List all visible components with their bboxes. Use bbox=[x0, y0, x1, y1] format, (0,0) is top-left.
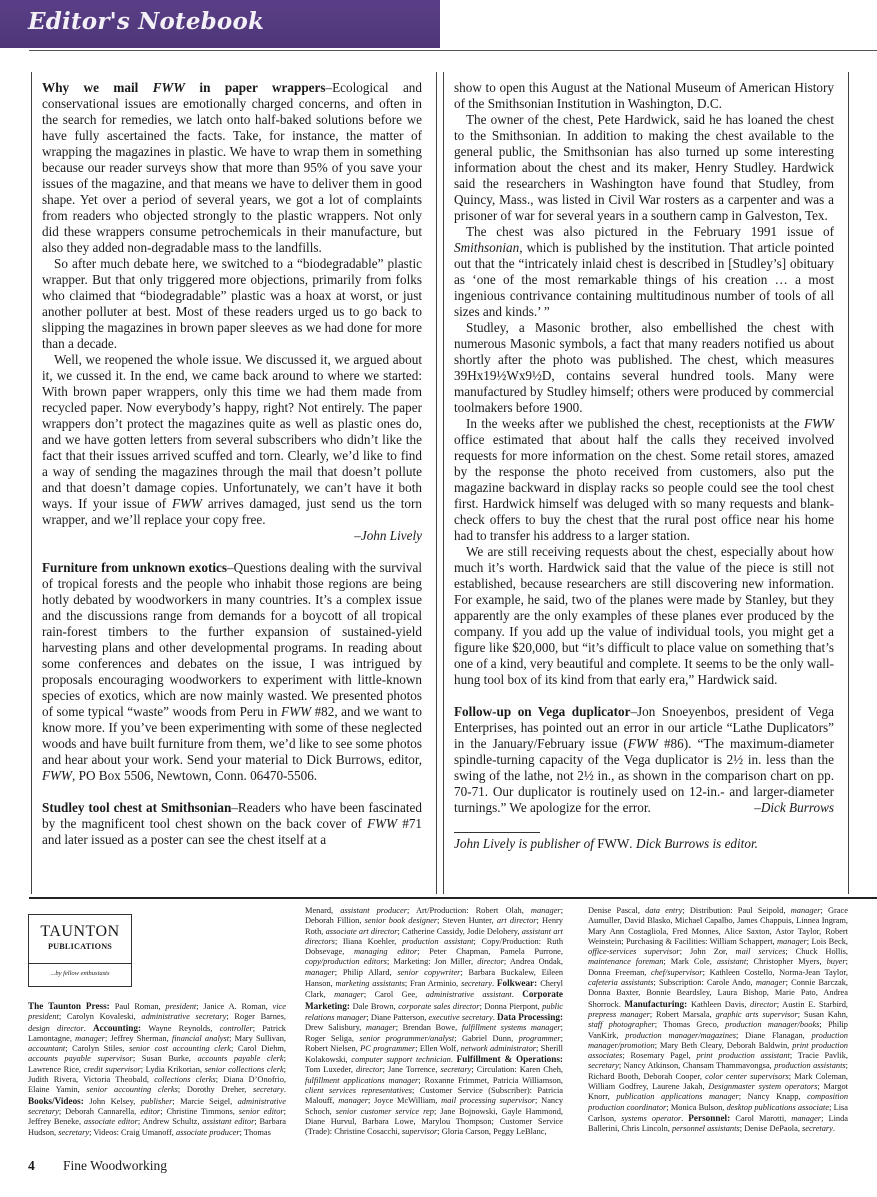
staff-names: ; Marcie Seigel, bbox=[172, 1097, 237, 1106]
job-title: production manager/books bbox=[725, 1020, 819, 1029]
staff-names: ; Mark Cole, bbox=[663, 957, 716, 966]
job-title: director bbox=[356, 1065, 383, 1074]
staff-names: ; Jeffrey Sherman, bbox=[105, 1034, 172, 1043]
job-title: manager bbox=[791, 1114, 821, 1123]
job-title: supervisor bbox=[402, 1127, 437, 1136]
staff-names: ; Andrew Schultz, bbox=[138, 1117, 202, 1126]
job-title: accountant bbox=[28, 1044, 65, 1053]
staff-names: Menard, bbox=[305, 906, 340, 915]
staff-names: ; Susan Burke, bbox=[133, 1054, 198, 1063]
staff-names: ; Carolyn Stiles, bbox=[65, 1044, 129, 1053]
staff-names: ; Roger Barnes, bbox=[226, 1012, 286, 1021]
staff-names: ; Lydia Krikorian, bbox=[141, 1065, 205, 1074]
author-signature: –John Lively bbox=[42, 528, 422, 544]
job-title: executive secretary bbox=[429, 1013, 493, 1022]
article-column-left: Why we mail FWW in paper wrappers–Ecolog… bbox=[31, 72, 437, 894]
staff-names: ; Austin E. Starbird, bbox=[777, 1000, 848, 1009]
job-title: manager bbox=[756, 978, 786, 987]
staff-names: ; Dorothy Dreher, bbox=[178, 1085, 253, 1094]
staff-names: ; Diane Patterson, bbox=[366, 1013, 428, 1022]
staff-names: ; Thomas Greco, bbox=[655, 1020, 725, 1029]
department-heading: Accounting: bbox=[93, 1023, 148, 1033]
job-title: senior cost accounting clerk bbox=[129, 1044, 231, 1053]
masthead-column-3: Denise Pascal, data entry; Distribution:… bbox=[588, 906, 848, 1135]
job-title: senior accounting clerks bbox=[86, 1085, 177, 1094]
job-title: publication applications manager bbox=[616, 1092, 738, 1101]
staff-names: ; Fran Arminio, bbox=[405, 979, 461, 988]
section-title: Editor's Notebook bbox=[28, 8, 264, 35]
staff-names: ; Gloria Carson, Peggy LeBlanc, bbox=[437, 1127, 546, 1136]
staff-names: ; Janice A. Roman, bbox=[196, 1002, 272, 1011]
staff-names: ; Roxanne Frimmet, Patricia Williamson, bbox=[418, 1076, 563, 1085]
staff-names: Denise Pascal, bbox=[588, 906, 645, 915]
staff-names: ; Philip Allard, bbox=[335, 968, 398, 977]
staff-names: Drew Salisbury, bbox=[305, 1023, 366, 1032]
staff-names: ; Carol Diehm, bbox=[231, 1044, 286, 1053]
department-heading: Personnel: bbox=[688, 1113, 735, 1123]
job-title: secretary bbox=[802, 1124, 833, 1133]
job-title: editor bbox=[140, 1107, 160, 1116]
staff-names: ; Nancy Knapp, bbox=[739, 1092, 807, 1101]
page-footer: 4Fine Woodworking bbox=[28, 1158, 167, 1174]
job-title: financial analyst bbox=[172, 1034, 229, 1043]
staff-names: ; Distribution: Paul Seipold, bbox=[682, 906, 790, 915]
staff-names: ; Brendan Bowe, bbox=[396, 1023, 462, 1032]
job-title: controller bbox=[220, 1024, 253, 1033]
job-title: staff photographer bbox=[588, 1020, 655, 1029]
job-title: corporate sales director bbox=[398, 1002, 479, 1011]
staff-names: ; Carolyn Kovaleski, bbox=[59, 1012, 142, 1021]
job-title: prepress manager bbox=[588, 1010, 650, 1019]
job-title: cafeteria assistants bbox=[588, 978, 654, 987]
job-title: assistant producer bbox=[340, 906, 407, 915]
staff-names: ; Joyce McWilliam, bbox=[368, 1096, 441, 1105]
job-title: computer support technician bbox=[351, 1055, 451, 1064]
paragraph: Studley, a Masonic brother, also embelli… bbox=[454, 320, 834, 416]
job-title: senior book designer bbox=[365, 916, 437, 925]
section-heading: Follow-up on Vega duplicator bbox=[454, 704, 630, 719]
job-title: production assistant bbox=[402, 937, 473, 946]
job-title: copy/production editors bbox=[305, 957, 387, 966]
staff-names: ; Jane Torrence, bbox=[383, 1065, 441, 1074]
department-heading: Data Processing: bbox=[497, 1012, 563, 1022]
taunton-logo: TAUNTON PUBLICATIONS ...by fellow enthus… bbox=[28, 914, 132, 987]
job-title: managing editor bbox=[354, 947, 417, 956]
department-heading: Manufacturing: bbox=[624, 999, 691, 1009]
page-number: 4 bbox=[28, 1158, 63, 1174]
paragraph: In the weeks after we published the ches… bbox=[454, 416, 834, 544]
staff-names: ; Art/Production: Robert Olah, bbox=[407, 906, 531, 915]
section-heading: Why we mail FWW in paper wrappers bbox=[42, 80, 326, 95]
staff-names: ; Gabriel Dunn, bbox=[454, 1034, 518, 1043]
staff-names: Wayne Reynolds, bbox=[148, 1024, 219, 1033]
job-title: systems operator bbox=[621, 1114, 681, 1123]
job-title: senior programmer/analyst bbox=[359, 1034, 454, 1043]
section-banner: Editor's Notebook bbox=[0, 0, 440, 48]
staff-names: ; Christopher Myers, bbox=[746, 957, 826, 966]
job-title: color center supervisors bbox=[705, 1072, 789, 1081]
staff-names: . bbox=[284, 1085, 286, 1094]
paragraph-continued: show to open this August at the National… bbox=[454, 80, 834, 112]
job-title: Designmaster system operators bbox=[708, 1082, 817, 1091]
job-title: manager bbox=[334, 990, 364, 999]
job-title: accounts payable supervisor bbox=[28, 1054, 133, 1063]
staff-names: Carol Marotti, bbox=[735, 1114, 791, 1123]
staff-names: . bbox=[833, 1124, 835, 1133]
staff-names: ; Mary Beth Cleary, Deborah Baldwin, bbox=[655, 1041, 793, 1050]
staff-names: Tom Luxeder, bbox=[305, 1065, 356, 1074]
job-title: client services representatives bbox=[305, 1086, 412, 1095]
masthead-divider bbox=[29, 897, 877, 899]
job-title: production manager/magazines bbox=[625, 1031, 736, 1040]
staff-names: ; Christine Timmons, bbox=[160, 1107, 239, 1116]
staff-names: ; Robert Marsala, bbox=[650, 1010, 716, 1019]
job-title: buyer bbox=[827, 957, 846, 966]
section-heading: Studley tool chest at Smithsonian bbox=[42, 800, 231, 815]
job-title: chef/supervisor bbox=[651, 968, 703, 977]
staff-names: ; Circulation: Karen Cheh, bbox=[471, 1065, 563, 1074]
logo-wordmark: TAUNTON bbox=[29, 924, 131, 940]
publication-name: Fine Woodworking bbox=[63, 1158, 167, 1173]
job-title: mail processing supervisor bbox=[441, 1096, 535, 1105]
paragraph: We are still receiving requests about th… bbox=[454, 544, 834, 688]
staff-names: John Kelsey, bbox=[89, 1097, 140, 1106]
staff-names: ; Deborah Cannarella, bbox=[59, 1107, 140, 1116]
job-title: manager bbox=[75, 1034, 105, 1043]
article-section-exotics: Furniture from unknown exotics–Questions… bbox=[42, 560, 422, 784]
logo-subtitle: PUBLICATIONS bbox=[29, 942, 131, 951]
staff-names: ; Steven Hunter, bbox=[437, 916, 497, 925]
job-title: production assistants bbox=[774, 1061, 845, 1070]
job-title: secretary bbox=[588, 1061, 619, 1070]
job-title: associate producer bbox=[176, 1128, 240, 1137]
job-title: secretary bbox=[253, 1085, 284, 1094]
department-heading: Fulfillment & Operations: bbox=[457, 1054, 563, 1064]
staff-names: ; Peter Chapman, Pamela Purrone, bbox=[417, 947, 563, 956]
staff-names: ; Thomas bbox=[240, 1128, 271, 1137]
job-title: network administrator bbox=[461, 1044, 536, 1053]
paragraph: So after much debate here, we switched t… bbox=[42, 256, 422, 352]
job-title: administrative secretary bbox=[141, 1012, 226, 1021]
job-title: senior customer service rep bbox=[336, 1107, 434, 1116]
job-title: print production assistant bbox=[696, 1051, 789, 1060]
staff-names: ; Diane Flanagan, bbox=[736, 1031, 812, 1040]
job-title: maintenance foreman bbox=[588, 957, 663, 966]
paragraph: Studley tool chest at Smithsonian–Reader… bbox=[42, 800, 422, 848]
masthead-column-1: The Taunton Press: Paul Roman, president… bbox=[28, 1001, 286, 1138]
job-title: manager bbox=[777, 937, 807, 946]
job-title: manager bbox=[531, 906, 561, 915]
job-title: manager bbox=[338, 1096, 368, 1105]
job-title: art director bbox=[497, 916, 537, 925]
article-column-right: show to open this August at the National… bbox=[443, 72, 849, 894]
staff-names: . bbox=[512, 990, 523, 999]
job-title: collections clerks bbox=[154, 1075, 216, 1084]
job-title: president bbox=[165, 1002, 196, 1011]
staff-names: ; Ellen Wolf, bbox=[415, 1044, 460, 1053]
job-title: desktop publications associate bbox=[727, 1103, 830, 1112]
job-title: associate art director bbox=[326, 927, 398, 936]
department-heading: Folkwear: bbox=[497, 978, 540, 988]
job-title: graphic arts supervisor bbox=[716, 1010, 798, 1019]
section-heading: Furniture from unknown exotics bbox=[42, 560, 227, 575]
job-title: associate editor bbox=[84, 1117, 138, 1126]
staff-names: ; John Zor, bbox=[680, 947, 736, 956]
staff-names: . bbox=[84, 1024, 93, 1033]
staff-names: ; Subscription: Carole Ando, bbox=[654, 978, 756, 987]
job-title: administrative assistant bbox=[426, 990, 512, 999]
staff-names: ; Monica Bulson, bbox=[666, 1103, 726, 1112]
footnote-divider bbox=[454, 832, 540, 833]
department-heading: The Taunton Press: bbox=[28, 1001, 115, 1011]
article-section-vega: Follow-up on Vega duplicator–Jon Snoeyen… bbox=[454, 704, 834, 816]
job-title: secretary bbox=[461, 979, 492, 988]
job-title: fulfillment applications manager bbox=[305, 1076, 418, 1085]
article-section-paper-wrappers: Why we mail FWW in paper wrappers–Ecolog… bbox=[42, 80, 422, 544]
article-section-studley-start: Studley tool chest at Smithsonian–Reader… bbox=[42, 800, 422, 848]
job-title: PC programmer bbox=[360, 1044, 415, 1053]
staff-names: ; Mary Sullivan, bbox=[229, 1034, 286, 1043]
staff-names: ; Carol Gee, bbox=[364, 990, 426, 999]
staff-names: ; Videos: Craig Umanoff, bbox=[89, 1128, 176, 1137]
staff-names: ; Kathleen Costello, Norma-Jean Taylor, bbox=[703, 968, 848, 977]
paragraph: The owner of the chest, Pete Hardwick, s… bbox=[454, 112, 834, 224]
job-title: fulfillment systems manager bbox=[462, 1023, 561, 1032]
staff-names: Kathleen Davis, bbox=[691, 1000, 750, 1009]
job-title: marketing assistants bbox=[336, 979, 405, 988]
job-title: assistant bbox=[717, 957, 746, 966]
job-title: publisher bbox=[141, 1097, 173, 1106]
staff-names: ; Catherine Cassidy, Jodie Delohery, bbox=[398, 927, 522, 936]
job-title: senior collections clerk bbox=[205, 1065, 284, 1074]
job-title: mail services bbox=[736, 947, 786, 956]
job-title: credit supervisor bbox=[84, 1065, 141, 1074]
paragraph: Why we mail FWW in paper wrappers–Ecolog… bbox=[42, 80, 422, 256]
masthead-column-2: Menard, assistant producer; Art/Producti… bbox=[305, 906, 563, 1138]
staff-names: ; Rosemary Pagel, bbox=[622, 1051, 696, 1060]
author-footnote: John Lively is publisher of FWW. Dick Bu… bbox=[454, 836, 834, 852]
paragraph: Furniture from unknown exotics–Questions… bbox=[42, 560, 422, 784]
staff-names: Dale Brown, bbox=[353, 1002, 399, 1011]
job-title: senior copywriter bbox=[397, 968, 460, 977]
staff-names: ; Lois Beck, bbox=[807, 937, 848, 946]
job-title: manager bbox=[305, 968, 335, 977]
job-title: secretary bbox=[58, 1128, 89, 1137]
job-title: director bbox=[750, 1000, 777, 1009]
staff-names: ; Nancy Atkinson, Chansam Thammavongsa, bbox=[619, 1061, 774, 1070]
staff-names: ; Andrea Ondak, bbox=[504, 957, 563, 966]
staff-names: ; Donna Pierpont, bbox=[480, 1002, 543, 1011]
department-heading: Books/Videos: bbox=[28, 1096, 89, 1106]
job-title: director bbox=[477, 957, 504, 966]
job-title: accounts payable clerk bbox=[197, 1054, 283, 1063]
job-title: manager bbox=[791, 906, 821, 915]
staff-names: ; Denise DePaola, bbox=[740, 1124, 802, 1133]
job-title: senior editor bbox=[239, 1107, 284, 1116]
job-title: office-services supervisor bbox=[588, 947, 680, 956]
staff-names: ; Susan Kahn, bbox=[798, 1010, 848, 1019]
job-title: assistant editor bbox=[202, 1117, 254, 1126]
job-title: data entry bbox=[645, 906, 682, 915]
job-title: manager bbox=[366, 1023, 396, 1032]
logo-tagline: ...by fellow enthusiasts bbox=[29, 964, 131, 977]
staff-names: ; Iliana Koehler, bbox=[335, 937, 402, 946]
staff-names: ; Tracie Pavlik, bbox=[790, 1051, 848, 1060]
paragraph: Well, we reopened the whole issue. We di… bbox=[42, 352, 422, 528]
staff-names: ; Chuck Hollis, bbox=[785, 947, 848, 956]
top-divider bbox=[29, 50, 877, 51]
paragraph: The chest was also pictured in the Febru… bbox=[454, 224, 834, 320]
staff-names: Paul Roman, bbox=[115, 1002, 166, 1011]
job-title: personnel assistants bbox=[672, 1124, 740, 1133]
job-title: secretary bbox=[440, 1065, 471, 1074]
staff-names: ; Marketing: Jon Miller, bbox=[387, 957, 477, 966]
job-title: design director bbox=[28, 1024, 84, 1033]
job-title: programmer bbox=[519, 1034, 561, 1043]
